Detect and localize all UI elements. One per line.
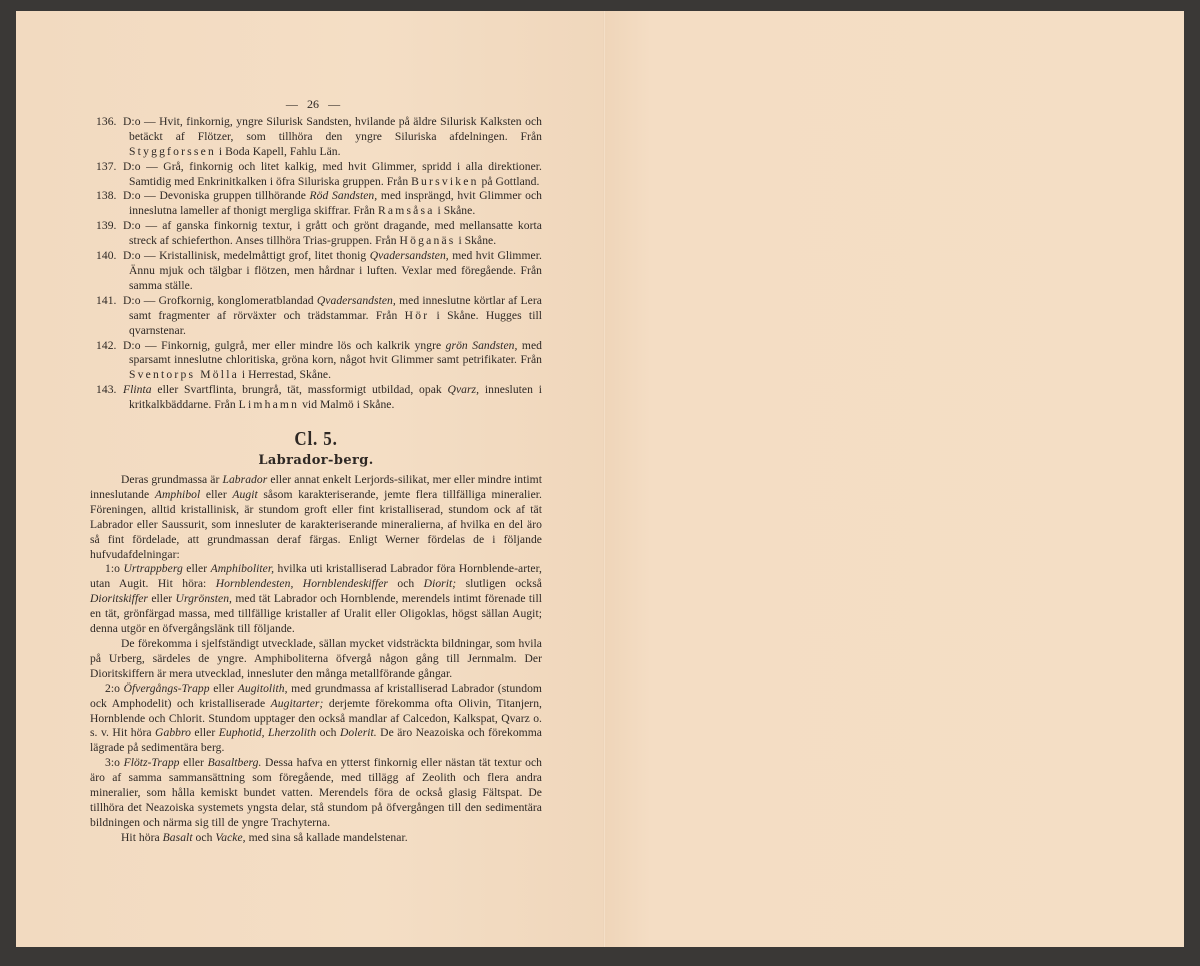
paragraph-ofvergangs-trapp: 2:o Öfvergångs-Trapp eller Augitolith, m… [90,682,542,757]
entry-number: 139. [96,219,123,234]
entry-italic: Qvadersandsten, [317,294,396,307]
text: eller [180,756,208,769]
entry-tail: vid Malmö i Skåne. [299,398,394,411]
italic-term: Basaltberg. [208,756,262,769]
entry-lead: D:o — [123,249,159,262]
text: eller [191,726,219,739]
entry-place: Bursviken [411,175,478,188]
entry-tail: på Gottland. [479,175,540,188]
text: slutligen också [456,577,542,590]
text: 3:o [105,756,124,769]
text: Hit höra [121,831,163,844]
text: eller [200,488,232,501]
italic-term: Amphiboliter, [211,562,274,575]
text: och [388,577,424,590]
entry-italic: Röd Sandsten, [310,189,378,202]
entry-tail: i Boda Kapell, Fahlu Län. [216,145,341,158]
entry-number: 136. [96,115,123,130]
paragraph-occurrence: De förekomma i sjelfständigt utvecklade,… [90,637,542,682]
page-text: — 26 — 136.D:o — Hvit, finkornig, yngre … [90,97,542,846]
italic-term: Gabbro [155,726,191,739]
entry-lead: D:o — [123,219,162,232]
entry-text-a: eller Svartflinta, brungrå, tät, massfor… [152,383,448,396]
catalog-entry-140: 140.D:o — Kristallinisk, medelmåttigt gr… [90,249,542,294]
entry-text-a: Finkornig, gulgrå, mer eller mindre lös … [161,339,446,352]
text: eller [148,592,176,605]
catalog-entry-136: 136.D:o — Hvit, finkornig, yngre Siluris… [90,115,542,160]
right-page-blank [605,11,1184,947]
entry-tail: i Skåne. [456,234,497,247]
italic-term: Euphotid, Lherzolith [219,726,316,739]
text: eller [183,562,211,575]
entry-italic: Qvarz, [448,383,480,396]
entry-lead: D:o — [123,339,161,352]
entry-place: Höganäs [400,234,456,247]
entry-text-a: Devoniska gruppen tillhörande [159,189,309,202]
paragraph-urtrappberg: 1:o Urtrappberg eller Amphiboliter, hvil… [90,562,542,637]
italic-term: Basalt [163,831,193,844]
italic-term: Hornblendesten, Hornblendeskiffer [216,577,388,590]
text: 2:o [105,682,124,695]
entry-tail: i Skåne. [435,204,476,217]
entry-lead: D:o — [123,115,159,128]
entry-place: Sventorps Mölla [129,368,239,381]
page-number: — 26 — [90,97,542,112]
entry-tail: i Herrestad, Skåne. [239,368,331,381]
text: Deras grundmassa är [121,473,222,486]
entry-place: Limhamn [239,398,299,411]
italic-term: Augitolith, [238,682,288,695]
entry-text-a: Kristallinisk, medelmåttigt grof, litet … [159,249,370,262]
text: 1:o [105,562,123,575]
italic-term: Labrador [222,473,267,486]
italic-term: Dioritskiffer [90,592,148,605]
left-page: — 26 — 136.D:o — Hvit, finkornig, yngre … [16,11,605,947]
entry-number: 138. [96,189,123,204]
catalog-entry-143: 143.Flinta eller Svartflinta, brungrå, t… [90,383,542,413]
entry-number: 142. [96,339,123,354]
entry-lead: D:o — [123,294,159,307]
italic-term: Öfvergångs-Trapp [124,682,210,695]
book-spread: — 26 — 136.D:o — Hvit, finkornig, yngre … [16,11,1184,947]
entry-place: Hör [405,309,430,322]
text: eller [210,682,238,695]
italic-term: Amphibol [155,488,200,501]
italic-term: Augitarter; [271,697,324,710]
catalog-entry-139: 139.D:o — af ganska finkornig textur, i … [90,219,542,249]
text: och [316,726,340,739]
italic-term: Dolerit. [340,726,377,739]
italic-term: Augit [232,488,257,501]
text: och [193,831,216,844]
entry-place: Ramsåsa [378,204,435,217]
class-heading: Cl. 5. [124,427,508,451]
italic-term: Diorit; [424,577,457,590]
entry-number: 140. [96,249,123,264]
catalog-entry-137: 137.D:o — Grå, finkornig och litet kalki… [90,160,542,190]
entry-number: 143. [96,383,123,398]
entry-text-a: Grofkornig, konglomeratblandad [159,294,317,307]
paragraph-intro: Deras grundmassa är Labrador eller annat… [90,473,542,562]
italic-term: Flötz-Trapp [124,756,180,769]
entry-italic-lead: Flinta [123,383,152,396]
text: De förekomma i sjelfständigt utvecklade,… [90,637,542,680]
entry-italic: Qvadersandsten, [370,249,449,262]
section-title: Labrador-berg. [90,452,542,470]
catalog-entry-142: 142.D:o — Finkornig, gulgrå, mer eller m… [90,339,542,384]
catalog-entry-138: 138.D:o — Devoniska gruppen tillhörande … [90,189,542,219]
paragraph-basalt: Hit höra Basalt och Vacke, med sina så k… [90,831,542,846]
entry-number: 137. [96,160,123,175]
entry-text: Hvit, finkornig, yngre Silurisk Sandsten… [129,115,542,143]
entry-number: 141. [96,294,123,309]
catalog-entry-141: 141.D:o — Grofkornig, konglomeratblandad… [90,294,542,339]
entry-place: Styggforssen [129,145,216,158]
paragraph-flotz-trapp: 3:o Flötz-Trapp eller Basaltberg. Dessa … [90,756,542,831]
entry-italic: grön Sandsten, [446,339,518,352]
italic-term: Vacke, [215,831,245,844]
entry-lead: D:o — [123,189,159,202]
text: med sina så kallade mandelstenar. [246,831,408,844]
italic-term: Urgrönsten, [176,592,232,605]
italic-term: Urtrappberg [123,562,182,575]
entry-lead: D:o — [123,160,163,173]
